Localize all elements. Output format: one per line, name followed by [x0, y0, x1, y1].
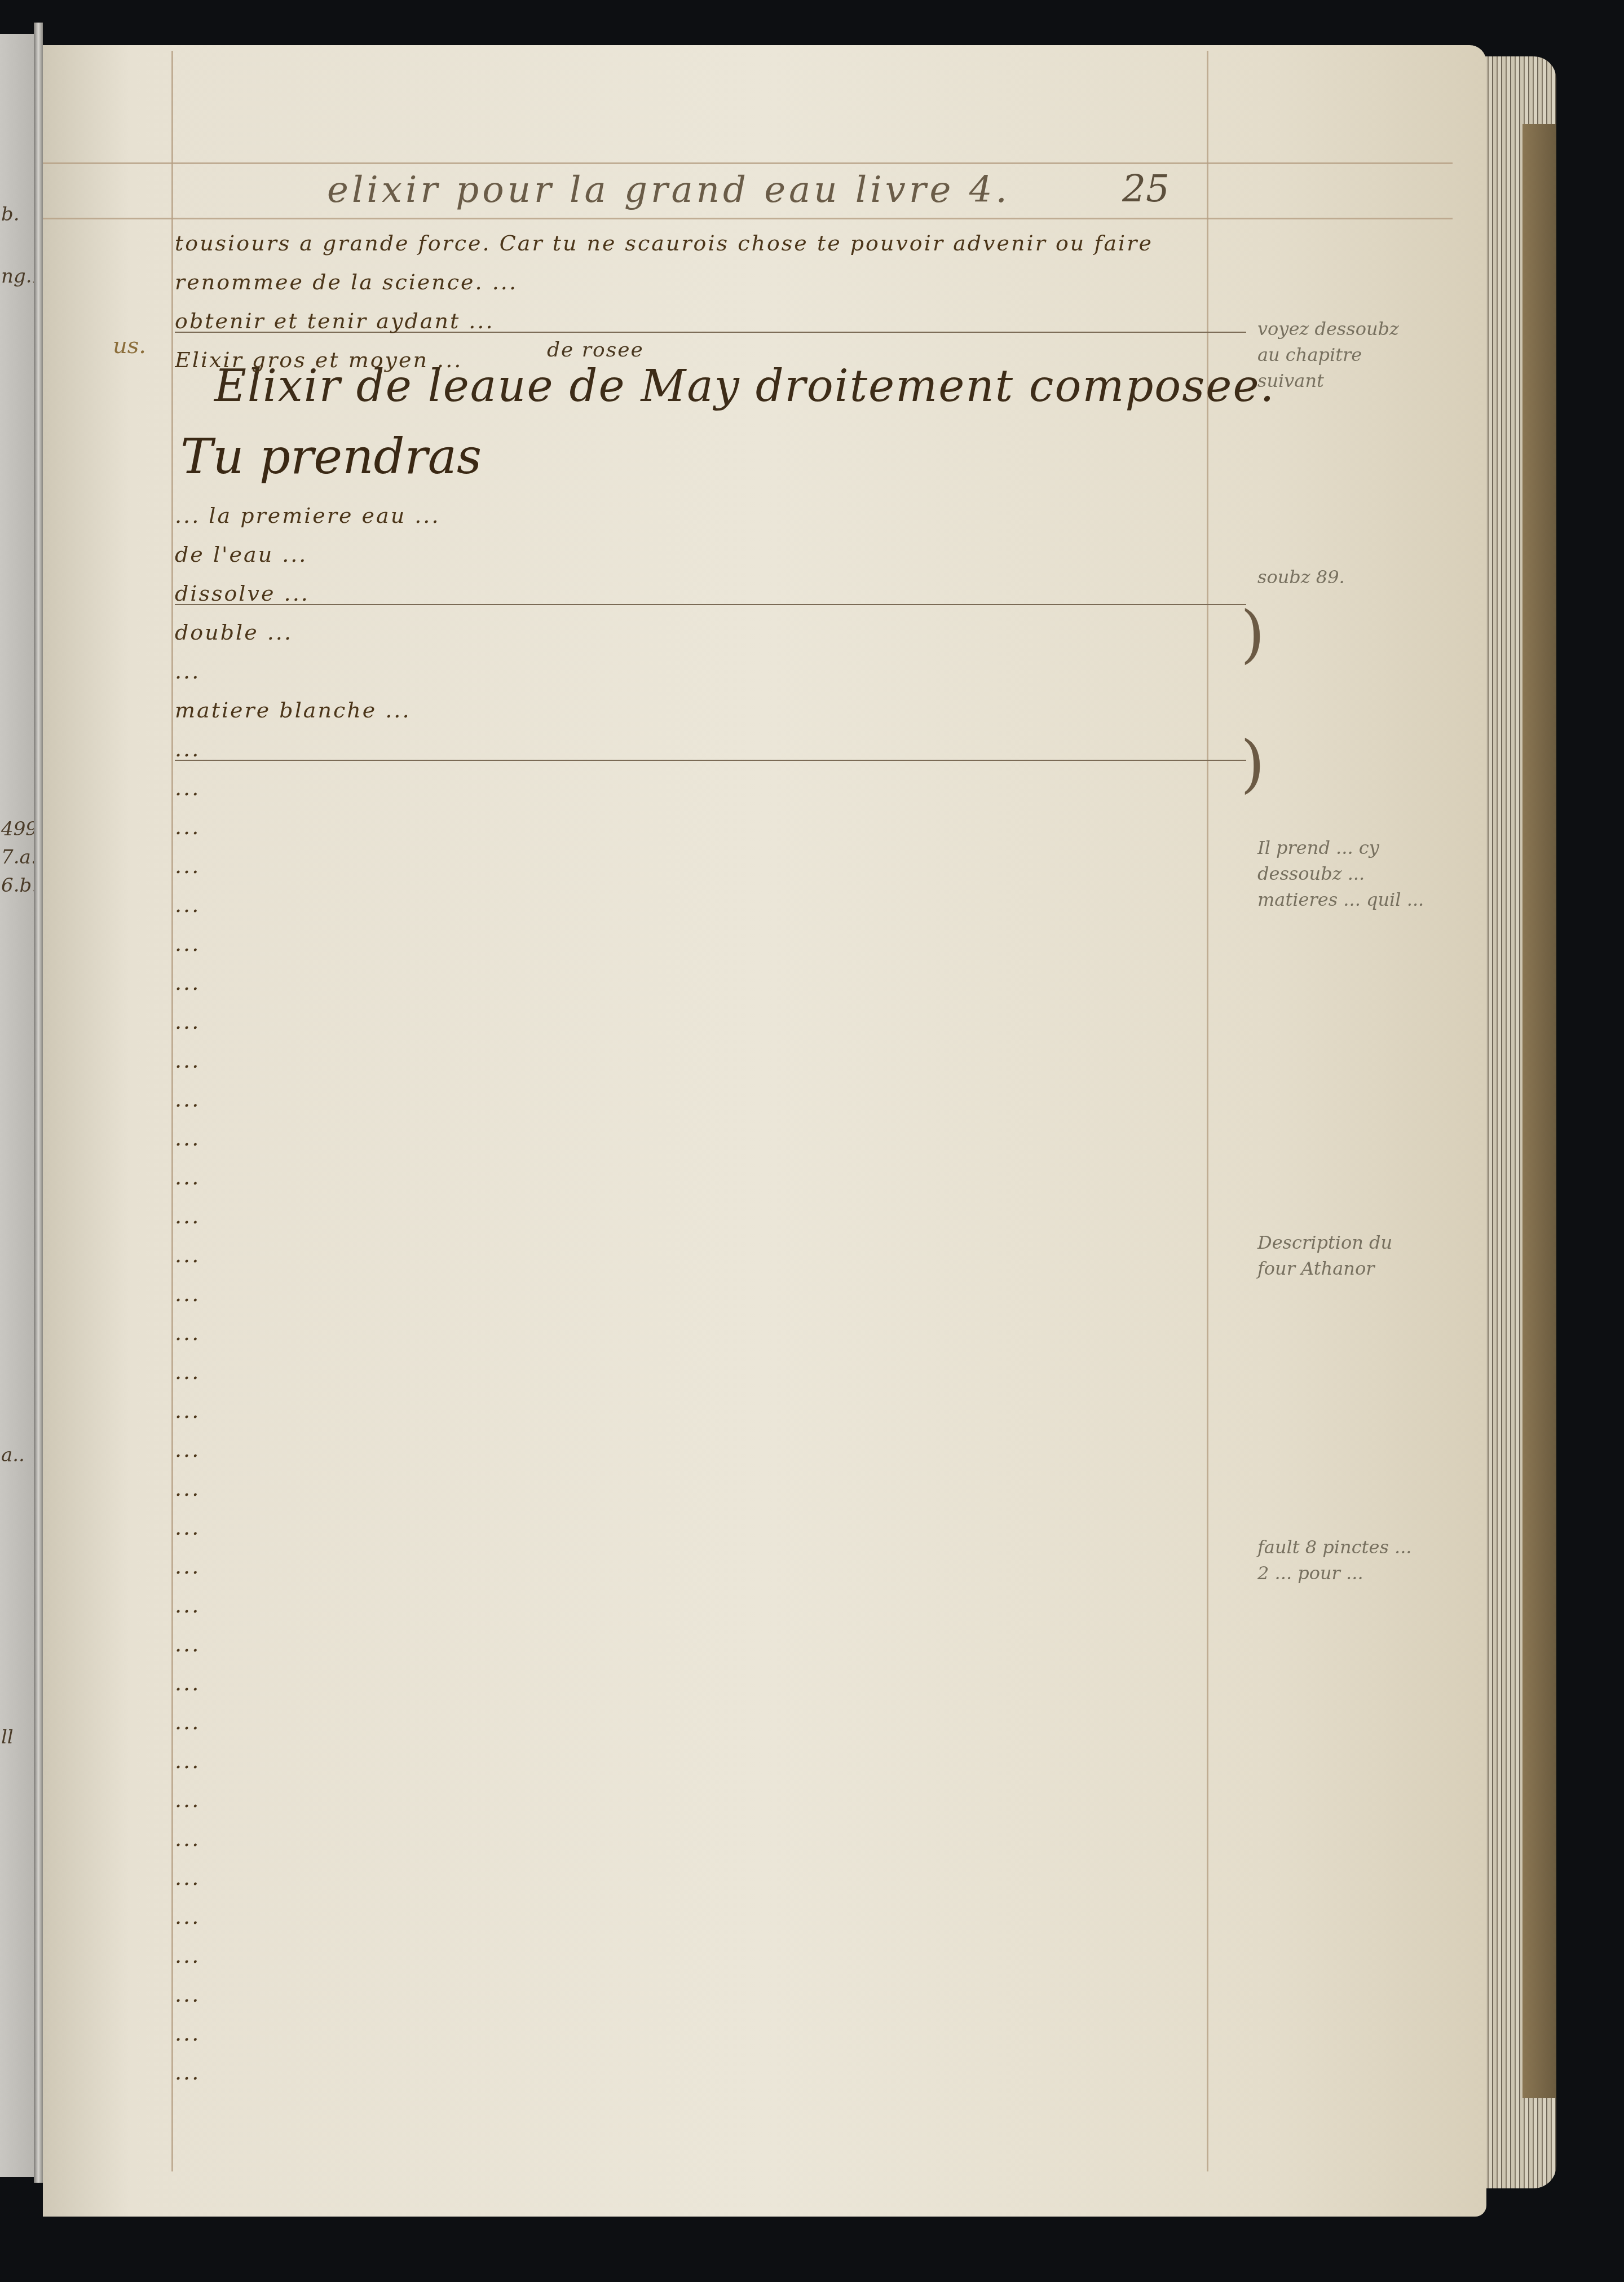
manuscript-line: ...	[175, 964, 1246, 1003]
manuscript-line: matiere blanche ...	[175, 691, 1246, 730]
manuscript-line: renommee de la science. ...	[175, 263, 1246, 302]
manuscript-line: ...	[175, 925, 1246, 964]
left-margin-note: us.	[113, 333, 146, 359]
manuscript-line: ...	[175, 1703, 1246, 1742]
manuscript-line: ...	[175, 1120, 1246, 1158]
manuscript-line: obtenir et tenir aydant ...	[175, 302, 1246, 341]
manuscript-line: ... la premiere eau ...	[175, 497, 1246, 536]
manuscript-line: ...	[175, 1081, 1246, 1120]
manuscript-line: ...	[175, 1898, 1246, 1937]
manuscript-line: ...	[175, 1625, 1246, 1664]
header-bottom-rule	[43, 218, 1453, 219]
manuscript-line: ...	[175, 1664, 1246, 1703]
manuscript-line: ...	[175, 1820, 1246, 1859]
gutter	[34, 23, 43, 2183]
manuscript-line: ...	[175, 2054, 1246, 2092]
left-margin-rule	[171, 51, 173, 2171]
manuscript-line: ...	[175, 1470, 1246, 1509]
manuscript-line: ...	[175, 1431, 1246, 1470]
manuscript-line: ...	[175, 1353, 1246, 1392]
manuscript-line: ...	[175, 1275, 1246, 1314]
manuscript-line: Elixir gros et moyen ...	[175, 341, 1246, 380]
right-margin-note: Description du four Athanor	[1257, 1230, 1427, 1281]
right-margin-note: voyez dessoubz au chapitre suivant	[1257, 316, 1427, 394]
manuscript-line: ...	[175, 1859, 1246, 1898]
right-margin-note: Il prend ... cy dessoubz ... matieres ..…	[1257, 835, 1427, 913]
margin-brace-bottom: )	[1241, 728, 1265, 800]
running-title: elixir pour la grand eau livre 4.	[327, 169, 1010, 211]
manuscript-line: ...	[175, 1742, 1246, 1781]
header-top-rule	[43, 162, 1453, 164]
right-margin-note: fault 8 pinctes ... 2 ... pour ...	[1257, 1534, 1427, 1586]
manuscript-line: ...	[175, 1548, 1246, 1587]
manuscript-line: ...	[175, 1314, 1246, 1353]
facing-page: b.ng.114499a7.a.466.b.a..ll	[0, 34, 35, 2177]
worn-edge	[1522, 124, 1556, 2098]
facing-page-note: 6.b.	[1, 874, 38, 897]
facing-page-note: a..	[1, 1444, 25, 1466]
manuscript-line: ...	[175, 886, 1246, 925]
manuscript-line: ...	[175, 1236, 1246, 1275]
page-number: 25	[1122, 167, 1170, 210]
right-margin-note: soubz 89.	[1257, 564, 1427, 590]
manuscript-line: ...	[175, 808, 1246, 847]
facing-page-note: ll	[1, 1726, 14, 1748]
manuscript-line: ...	[175, 847, 1246, 886]
manuscript-line: double ...	[175, 614, 1246, 653]
manuscript-line: ...	[175, 1158, 1246, 1197]
manuscript-line: ...	[175, 2015, 1246, 2054]
manuscript-line: ...	[175, 1976, 1246, 2015]
manuscript-line: ...	[175, 1937, 1246, 1976]
manuscript-line: de l'eau ...	[175, 536, 1246, 575]
manuscript-line: ...	[175, 1003, 1246, 1042]
manuscript-line: ...	[175, 1781, 1246, 1820]
body-text: tousiours a grande force. Car tu ne scau…	[175, 224, 1246, 2092]
facing-page-note: b.	[1, 203, 20, 226]
manuscript-line: ...	[175, 1587, 1246, 1625]
margin-brace-top: )	[1241, 598, 1265, 670]
manuscript-line: ...	[175, 1392, 1246, 1431]
manuscript-line: ...	[175, 730, 1246, 769]
manuscript-line: tousiours a grande force. Car tu ne scau…	[175, 224, 1246, 263]
manuscript-line: ...	[175, 1197, 1246, 1236]
manuscript-line: ...	[175, 1042, 1246, 1081]
manuscript-line: ...	[175, 1509, 1246, 1548]
manuscript-line: ...	[175, 653, 1246, 691]
manuscript-line: dissolve ...	[175, 575, 1246, 614]
manuscript-line: ...	[175, 769, 1246, 808]
